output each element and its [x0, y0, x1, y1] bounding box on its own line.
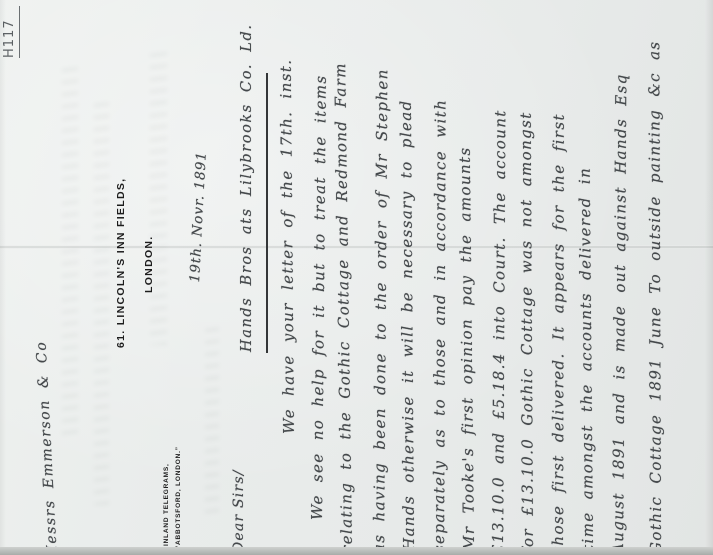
bleedthrough-text: [94, 95, 109, 505]
letter-body-line: Gothic Cottage 1891 June To outside pain…: [646, 5, 672, 554]
page-edge-left: [0, 0, 6, 555]
subject-underline: [266, 73, 268, 353]
letter-body-line: £13.10.0 and £5.18.4 into Court. The acc…: [490, 31, 517, 554]
letter-body-line: those first delivered. It appears for th…: [550, 35, 575, 553]
letter-body-line: August 1891 and is made out against Hand…: [610, 12, 638, 554]
telegrams-line2: “ABBOTSFORD, LONDON.”: [175, 449, 185, 549]
letter-body-line: as having been done to the order of Mr S…: [371, 5, 399, 553]
letter-body-line: separately as to those and in accordance…: [431, 25, 457, 553]
letterhead-address-line1: 61. LINCOLN'S INN FIELDS,: [116, 182, 132, 348]
letter-body-line: relating to the Gothic Cottage and Redmo…: [331, 8, 363, 553]
letter-salutation: Dear Sirs/: [232, 463, 252, 553]
page-edge-bottom: [0, 547, 713, 555]
letter-body-line: Hands otherwise it will be necessary to …: [397, 33, 425, 551]
bleedthrough-text: [62, 60, 78, 440]
letter-body-line: for £13.10.0 Gothic Cottage was not amon…: [517, 42, 544, 554]
letterhead-address-line2: LONDON.: [144, 237, 158, 293]
subject-heading: Hands Bros ats Lilybrooks Co. Ld.: [240, 50, 262, 352]
letter-body-line: Mr Tooke's first opinion pay the amounts: [456, 69, 485, 551]
telegrams-line1: INLAND TELEGRAMS,: [163, 454, 173, 546]
bleedthrough-text: [150, 45, 167, 345]
letter-body-line: We have your letter of the 17th. inst.: [278, 129, 305, 434]
scanned-letter-page: H117 61. LINCOLN'S INN FIELDS, LONDON. I…: [0, 0, 713, 555]
letter-date: 19th. Novr. 1891: [188, 164, 214, 283]
letter-body-line: time amongst the accounts delivered in: [576, 139, 604, 551]
page-edge-right: [705, 0, 713, 555]
bleedthrough-text: [205, 320, 219, 520]
